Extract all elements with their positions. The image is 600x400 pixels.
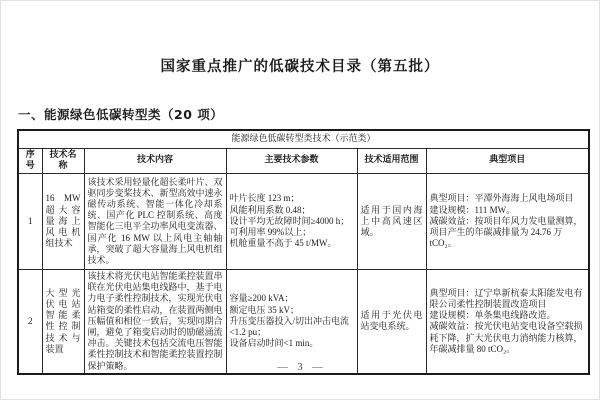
param-line: 叶片长度 123 m； [230,193,354,204]
typical-project: 典型项目：辽宁阜新杭泰太阳能发电有限公司柔性控制装置改造项目 建设规模：单条集电… [426,269,589,373]
project-line: 建设规模：单条集电线路改造。 [430,310,586,321]
param-line: 风能利用系数 0.48； [230,205,354,216]
document-title: 国家重点推广的低碳技术目录（第五批） [1,55,599,76]
project-line: 减碳效益：按项目年风力发电量测算，项目产生的年碳减排量为 24.76 万 tCO… [430,216,586,250]
table-row: 2 大型光伏电站智能柔性控制技术与装置 该技术将光伏电站智能柔控装置串联在光伏电… [18,269,589,373]
typical-project: 典型项目：平潭外海海上风电场项目 建设规模：111 MW。 减碳效益：按项目年风… [426,173,589,269]
param-line: 设计平均无故障时间≥4000 h； [230,216,354,227]
row-index: 1 [18,173,42,269]
col-header-tech-name: 技术名称 [42,148,84,173]
col-header-tech-content: 技术内容 [84,148,226,173]
tech-content: 该技术将光伏电站智能柔控装置串联在光伏电站集电线路中，基于电力电子柔性控制技术，… [84,269,226,373]
col-header-tech-params: 主要技术参数 [226,148,357,173]
tech-name: 大型光伏电站智能柔性控制技术与装置 [42,269,84,373]
project-line: 减碳效益：按光伏电站变电设备空载损耗下降，扩大光伏电力消纳能力核算，年碳减排量 … [430,321,586,355]
param-line: 可利用率 99%以上； [230,227,354,238]
table-row: 1 16 MW 超大容量海上风电机组技术 该技术采用轻量化超长柔叶片、双驱同步变… [18,173,589,269]
table-group-header-row: 能源绿色低碳转型类技术（示范类） [18,130,589,148]
row-index: 2 [18,269,42,373]
param-line: 额定电压 35 kV； [230,305,354,316]
col-header-tech-scope: 技术适用范围 [357,148,426,173]
page-number: — 3 — [1,362,599,373]
project-line: 典型项目：平潭外海海上风电场项目 [430,193,586,204]
col-header-typical-project: 典型项目 [426,148,589,173]
tech-scope: 适用于光伏电站变电系统。 [357,269,426,373]
tech-catalog-table: 能源绿色低碳转型类技术（示范类） 序号 技术名称 技术内容 主要技术参数 技术适… [17,129,590,375]
tech-params: 容量≥200 kVA； 额定电压 35 kV； 升压变压器投入/切出冲击电流<1… [226,269,357,373]
param-line: 容量≥200 kVA； [230,293,354,304]
table-column-header-row: 序号 技术名称 技术内容 主要技术参数 技术适用范围 典型项目 [18,148,589,173]
param-line: 设备启动时间<1 min。 [230,338,354,349]
project-line: 建设规模：111 MW。 [430,205,586,216]
param-line: 机舱重量不高于 45 t/MW。 [230,238,354,249]
section-heading: 一、能源绿色低碳转型类（20 项） [18,105,223,123]
table-group-header: 能源绿色低碳转型类技术（示范类） [18,130,589,148]
tech-params: 叶片长度 123 m； 风能利用系数 0.48； 设计平均无故障时间≥4000 … [226,173,357,269]
param-line: 升压变压器投入/切出冲击电流<1.2 pu； [230,316,354,338]
tech-content: 该技术采用轻量化超长柔叶片、双驱同步变桨技术、新型高效中速永磁传动系统、智能一体… [84,173,226,269]
tech-name: 16 MW 超大容量海上风电机组技术 [42,173,84,269]
project-line: 典型项目：辽宁阜新杭泰太阳能发电有限公司柔性控制装置改造项目 [430,288,586,310]
col-header-index: 序号 [18,148,42,173]
document-page: 国家重点推广的低碳技术目录（第五批） 一、能源绿色低碳转型类（20 项） 能源绿… [0,0,600,400]
tech-scope: 适用于国内海上中高风速区域。 [357,173,426,269]
